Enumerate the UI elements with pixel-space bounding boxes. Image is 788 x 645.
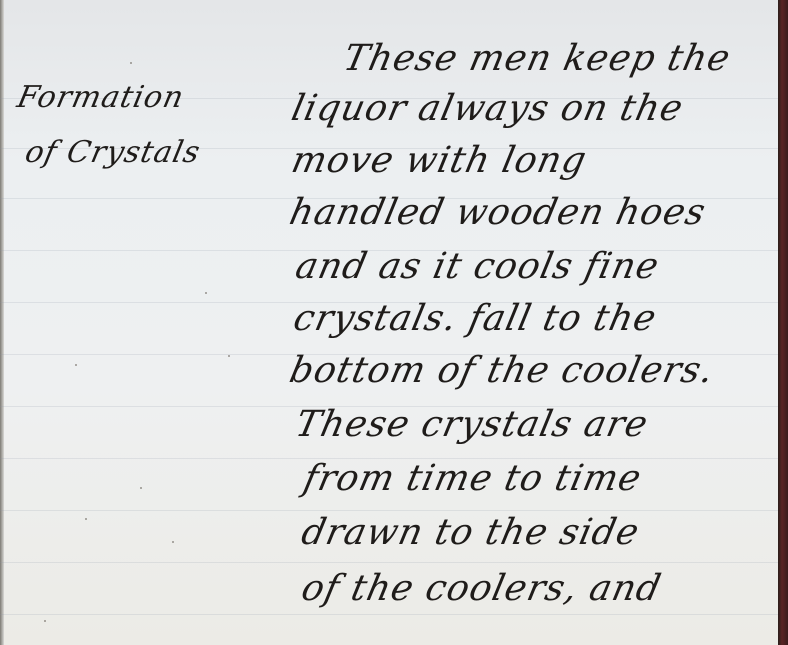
paper-speck [44,620,46,622]
paper-speck [172,541,174,543]
ruled-line [0,510,778,511]
body-line-7: bottom of the coolers. [286,350,718,391]
body-line-4: handled wooden hoes [286,192,710,233]
paper-speck [75,364,77,366]
paper-speck [205,292,207,294]
book-binding-edge [778,0,788,645]
paper-speck [85,518,87,520]
margin-heading-line-1: Formation [14,80,187,115]
paper-speck [228,355,230,357]
body-line-3: move with long [288,140,590,181]
body-line-11: of the coolers, and [298,568,665,609]
paper-speck [140,487,142,489]
body-line-9: from time to time [300,458,645,499]
body-line-6: crystals. fall to the [290,298,661,339]
paper-speck [130,62,132,64]
margin-heading-line-2: of Crystals [22,135,204,170]
ruled-line [0,614,778,615]
body-line-8: These crystals are [292,404,652,445]
manuscript-page: Formation of Crystals These men keep the… [0,0,778,645]
body-line-5: and as it cools fine [292,246,663,287]
body-line-2: liquor always on the [288,88,687,129]
body-line-10: drawn to the side [298,512,643,553]
ruled-line [0,562,778,563]
body-line-1: These men keep the [340,38,734,79]
